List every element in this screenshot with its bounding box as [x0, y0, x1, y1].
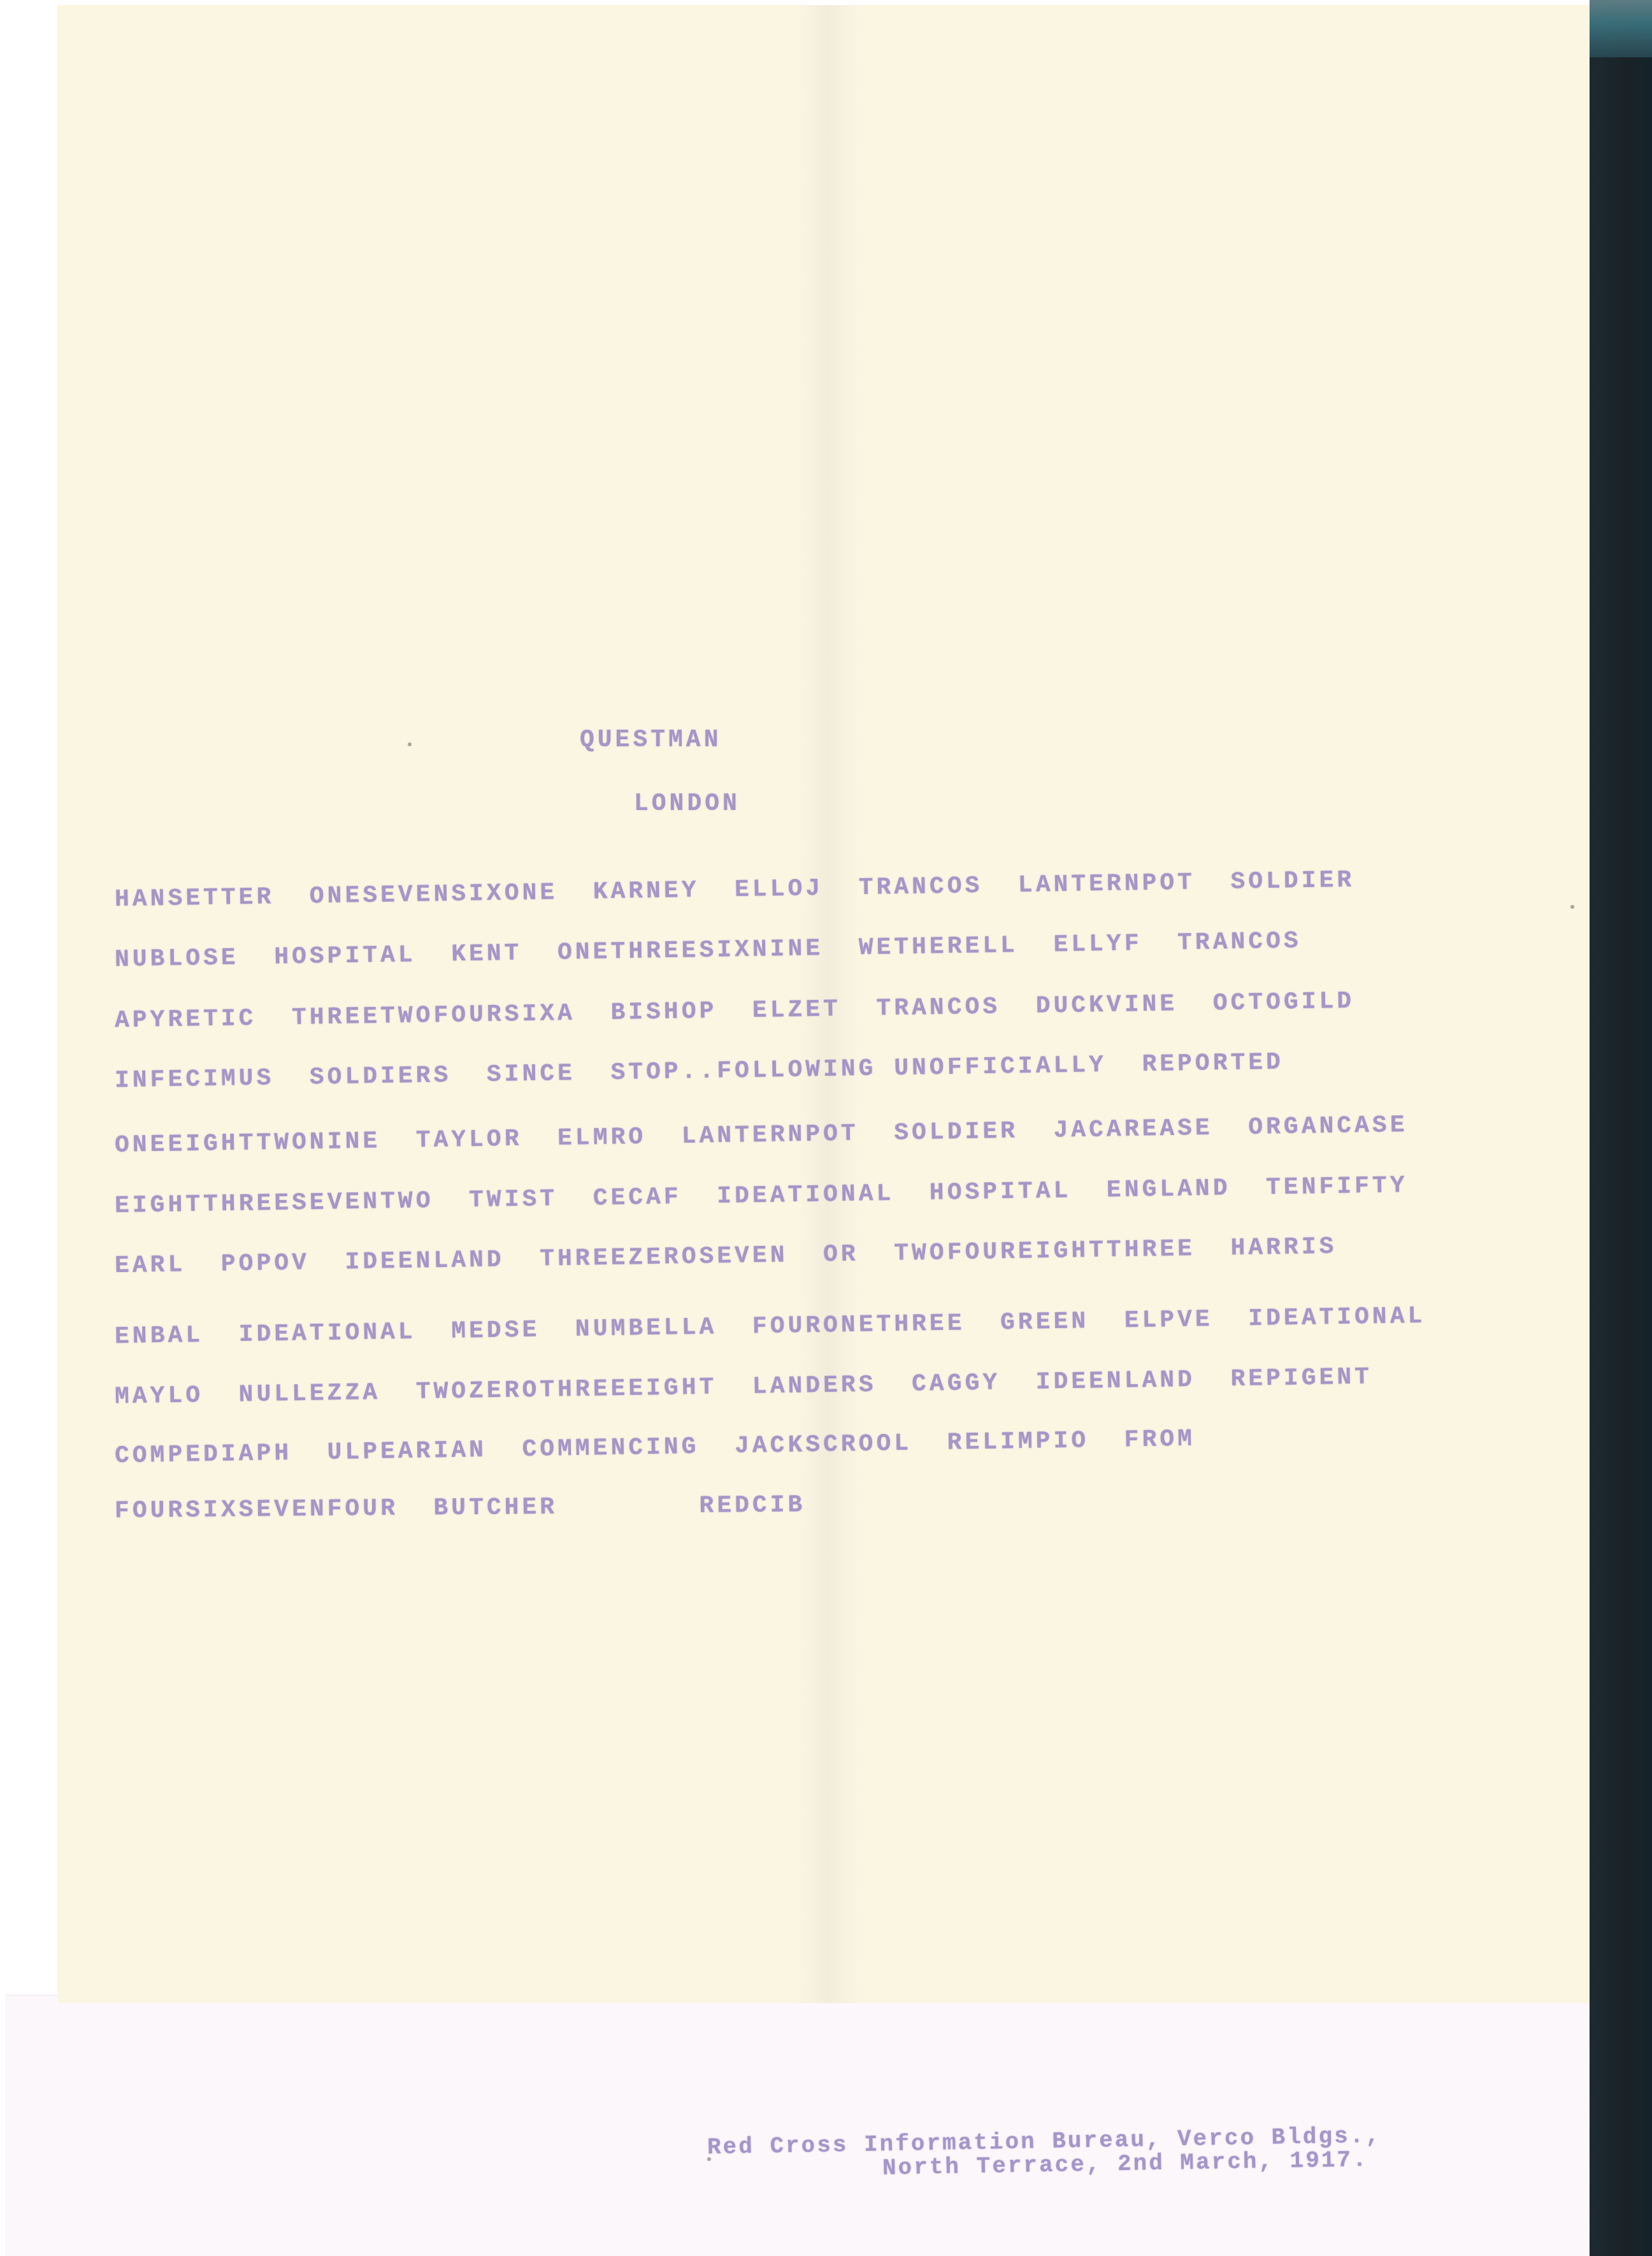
- paper-speck: [1570, 905, 1574, 909]
- paper-speck: [408, 742, 412, 746]
- scanner-background: [1590, 0, 1652, 2256]
- paper-speck: [707, 2157, 711, 2161]
- addressee: QUESTMAN: [580, 727, 721, 754]
- scanner-glare: [1590, 0, 1652, 57]
- destination-city: LONDON: [634, 790, 740, 818]
